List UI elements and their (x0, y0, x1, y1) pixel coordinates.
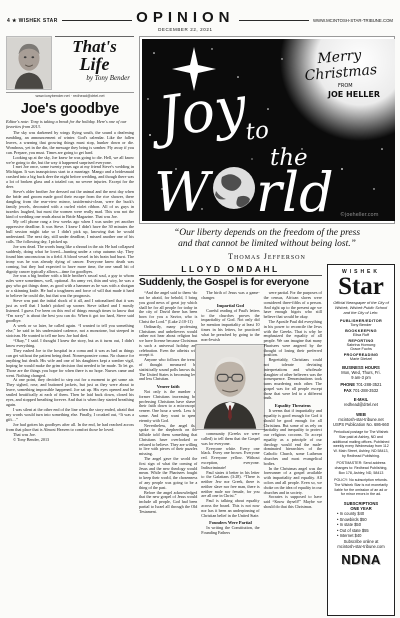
staff-name: Elisa Ruff (331, 333, 391, 337)
paragraph: Not only is the number of former Christi… (139, 390, 197, 423)
quote-line1: “Our liberty depends on the freedom of t… (139, 228, 395, 240)
earth-icon (213, 167, 255, 209)
column-header: That's Life by Tony Bender (6, 36, 134, 90)
omdahl-col-1: “And the angel said to them ‘do not be a… (139, 291, 197, 536)
cartoonist-name: JOE HELLER (327, 90, 380, 99)
paragraph: The birth of Jesus was a game-changer. (201, 291, 259, 301)
paragraph: The sky was darkened by wings flying sou… (6, 131, 134, 156)
greeting-from: FROM (338, 83, 353, 89)
staff-name: Grace Fuchs (331, 347, 391, 351)
column-byline: by Tony Bender (55, 74, 134, 82)
paragraph: Socrates is supposed to have said “Know … (264, 495, 322, 509)
author-contact-line: www.tonybender.net · redhead@drtel.net (6, 92, 134, 98)
fax-line: FAX 701-288-3532 (331, 388, 391, 394)
paragraph: Nevertheless, the angel that spoke to th… (139, 424, 197, 457)
masthead-description: Official Newspaper of the City of Wishek… (333, 301, 389, 316)
column-title-line1: That's (55, 38, 134, 56)
masthead-title: Star (331, 275, 391, 299)
paragraph: It seems that if impartiality and equali… (264, 409, 322, 466)
page-body: That's Life by Tony Bender www.tonybende… (0, 33, 400, 617)
paragraph: My cell phone rang a few weeks ago when … (6, 220, 134, 245)
folio-line: 4 ★ WISHEK STAR (7, 18, 58, 24)
header-rule-right (239, 20, 309, 21)
fax-number: 701-288-3532 (353, 388, 379, 393)
paragraph: Careful reading of Paul's letters to the… (201, 309, 259, 342)
usps-number: USPS Publication No. 686-660 (331, 422, 391, 427)
issue-date: DECEMBER 22, 2021 (136, 27, 234, 32)
thats-life-column: That's Life by Tony Bender www.tonybende… (6, 36, 134, 617)
omdahl-col-3: were partial. For the purposes of the ce… (264, 291, 322, 536)
staff-name: Tony Bender (331, 323, 391, 327)
paragraph: Joe was dead. The words hung like a shro… (6, 245, 134, 275)
postmaster-notice: POSTMASTER: Send address changes to: Red… (331, 461, 391, 475)
section-masthead: OPINION DECEMBER 22, 2021 (136, 10, 234, 32)
right-area: Joy to the W rld Merry (139, 36, 395, 617)
paragraph: Paul states it better in his letter to t… (201, 471, 259, 500)
paragraph: At one point, they decided to step out f… (6, 378, 134, 408)
periodical-notice: Periodical postage for The Wishek Star p… (331, 430, 391, 458)
tony-bender-photo (6, 36, 52, 90)
copyright-line: © Tony Bender, 2013 (6, 438, 134, 443)
paragraph: I was silent at the other end of the lin… (6, 408, 134, 423)
quote-line2: and that cannot be limited without being… (139, 239, 395, 251)
paragraph: Joe was a big brother with a little brot… (6, 274, 134, 299)
paragraph: Regrettably, Christians could not tolera… (264, 358, 322, 401)
section-title: OPINION (136, 10, 234, 25)
omdahl-text-columns: “And the angel said to them ‘do not be a… (139, 291, 322, 536)
phone-label: PHONE (340, 382, 355, 387)
paragraph: The angel gave the world the first sign … (139, 457, 197, 490)
cartoon-artwork: Joy to the W rld Merry (142, 39, 395, 221)
paper-name: WISHEK STAR (19, 18, 58, 24)
website-url: WWW.MCINTOSH-STAR-TRIBUNE.COM (313, 18, 393, 23)
newspaper-opinion-page: 4 ★ WISHEK STAR OPINION DECEMBER 22, 202… (0, 0, 400, 616)
ndna-logo: NDNA (331, 552, 391, 567)
omdahl-headline: Suddenly, the Gospel is for everyone (139, 277, 322, 288)
staff-name: Marie Dietzel (331, 357, 391, 361)
paragraph: Before the angel acknowledged that the n… (139, 491, 197, 515)
header-rule-left (62, 20, 132, 21)
paragraph: “And the angel said to them ‘do not be a… (139, 291, 197, 324)
paragraph: Everyone white. Every one black. Every o… (201, 447, 259, 471)
quote-attribution: Thomas Jefferson (139, 252, 395, 261)
paragraph: In writing the Constitution, the Foundin… (201, 526, 259, 536)
pull-quote: “Our liberty depends on the freedom of t… (139, 228, 395, 262)
paragraph: Ordinarily, many professing Christians a… (139, 325, 197, 358)
page-number: 4 (7, 18, 10, 24)
paragraph: They rushed Joe to the hospital in a com… (6, 349, 134, 379)
cartoon-word-to: to (244, 117, 270, 145)
paragraph: community (Greeks we were called) to tel… (201, 432, 259, 446)
article-body: The sky was darkened by wings flying sou… (6, 131, 134, 443)
cartoon-word-w: W (154, 161, 214, 221)
fax-label: FAX (344, 388, 352, 393)
editorial-cartoon: Joy to the W rld Merry (139, 36, 395, 224)
cartoon-word-rld: rld (256, 161, 334, 221)
lloyd-omdahl-photo (195, 344, 265, 430)
column-title-box: That's Life by Tony Bender (55, 36, 134, 90)
paragraph: In the Christmas angel was the forerunne… (264, 467, 322, 496)
paragraph: The Apostle Paul did everything in his p… (264, 320, 322, 358)
lower-band: LLOYD OMDAHL Suddenly, the Gospel is for… (139, 264, 395, 616)
editors-note: Editor's note: Tony is taking a break fo… (6, 119, 134, 129)
paragraph: A week or so later, he called again. “I … (6, 324, 134, 339)
cartoon-signature: ©joeheller.com (340, 211, 379, 218)
columnist-name: LLOYD OMDAHL (139, 264, 322, 274)
phone-number: 701-288-3521 (356, 382, 382, 387)
email-address: redhead@drtel.net (331, 402, 391, 407)
paragraph: were partial. For the purposes of the ce… (264, 291, 322, 320)
paragraph: Anyone who follows the trends of thought… (139, 358, 197, 382)
subscribe-note-2: mcintosh-star-tribune.com (331, 544, 391, 549)
paragraph: I met Joe once, some twenty years ago at… (6, 165, 134, 190)
star-icon: ★ (12, 18, 17, 24)
article-headline: Joe's goodbye (6, 101, 134, 117)
policy-notice: POLICY: No subscription refunds. The Wis… (331, 478, 391, 497)
paragraph: Steve was past the initial shock of it a… (6, 299, 134, 324)
columnist-rule (139, 275, 322, 276)
masthead-box: WISHEK Star Official Newspaper of the Ci… (327, 264, 395, 616)
column-title-line2: Life (55, 55, 134, 73)
omdahl-column: LLOYD OMDAHL Suddenly, the Gospel is for… (139, 264, 322, 616)
page-header: 4 ★ WISHEK STAR OPINION DECEMBER 22, 202… (0, 0, 400, 33)
paragraph: Steve's older brother Joe dressed out th… (6, 190, 134, 220)
omdahl-col-2: The birth of Jesus was a game-changer. I… (201, 291, 259, 536)
paragraph: Paul is talking about equality across th… (201, 499, 259, 518)
